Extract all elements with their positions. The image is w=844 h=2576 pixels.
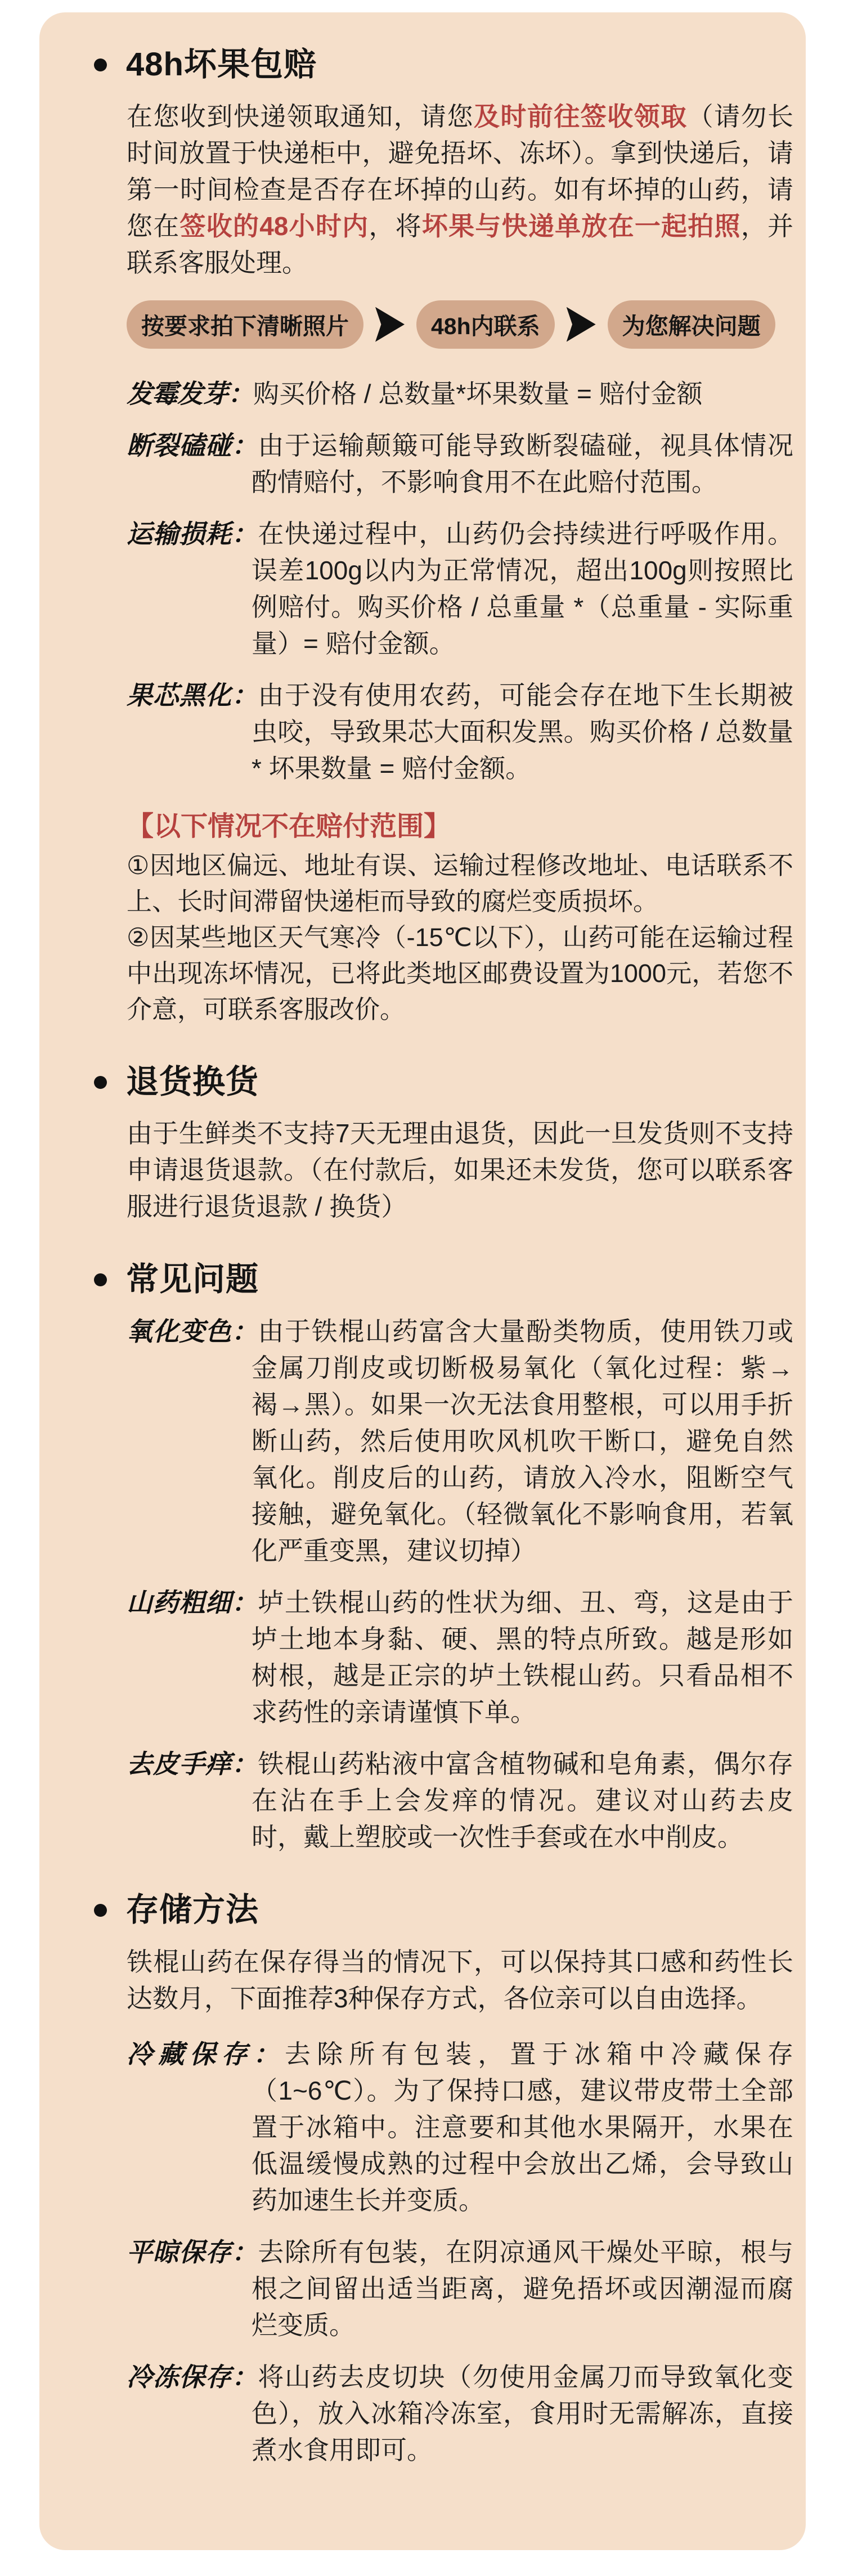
storage-item: 平晾保存：去除所有包装，在阴凉通风干燥处平晾，根与根之间留出适当距离，避免捂坏或… <box>127 2234 793 2344</box>
bullet-icon <box>94 1076 107 1089</box>
exclusion-item: ②因某些地区天气寒冷（-15℃以下），山药可能在运输过程中出现冻坏情况，已将此类… <box>127 920 793 1028</box>
section-damage-guarantee: 48h坏果包赔 在您收到快递领取通知，请您及时前往签收领取（请勿长时间放置于快递… <box>127 46 793 1028</box>
process-step-badge: 为您解决问题 <box>608 300 775 349</box>
claim-term: 断裂磕碰： <box>127 431 258 460</box>
faq-item: 氧化变色：由于铁棍山药富含大量酚类物质，使用铁刀或金属刀削皮或切断极易氧化（氧化… <box>127 1313 793 1569</box>
claim-item: 断裂磕碰：由于运输颠簸可能导致断裂磕碰，视具体情况酌情赔付，不影响食用不在此赔付… <box>127 427 793 501</box>
storage-desc: 去除所有包装，在阴凉通风干燥处平晾，根与根之间留出适当距离，避免捂坏或因潮湿而腐… <box>252 2237 793 2340</box>
exclusion-item: ①因地区偏远、地址有误、运输过程修改地址、电话联系不上、长时间滞留快递柜而导致的… <box>127 848 793 920</box>
storage-desc: 将山药去皮切块（勿使用金属刀而导致氧化变色），放入冰箱冷冻室，食用时无需解冻，直… <box>252 2362 793 2465</box>
section-storage: 存储方法 铁棍山药在保存得当的情况下，可以保持其口感和药性长达数月，下面推荐3种… <box>127 1892 793 2469</box>
faq-item: 去皮手痒：铁棍山药粘液中富含植物碱和皂角素，偶尔存在沾在手上会发痒的情况。建议对… <box>127 1746 793 1856</box>
emphasis-text: 签收的48小时内 <box>180 211 369 241</box>
storage-term: 平晾保存： <box>127 2237 258 2267</box>
storage-term: 冷藏保存： <box>127 2039 285 2069</box>
section-title: 存储方法 <box>126 1892 259 1929</box>
damage-guarantee-paragraph: 在您收到快递领取通知，请您及时前往签收领取（请勿长时间放置于快递柜中，避免捂坏、… <box>127 98 793 281</box>
storage-item: 冷冻保存：将山药去皮切块（勿使用金属刀而导致氧化变色），放入冰箱冷冻室，食用时无… <box>127 2359 793 2469</box>
claim-term: 运输损耗： <box>127 519 258 548</box>
process-step-badge: 按要求拍下清晰照片 <box>127 300 363 349</box>
claim-item: 果芯黑化：由于没有使用农药，可能会存在地下生长期被虫咬，导致果芯大面积发黑。购买… <box>127 677 793 787</box>
claim-desc: 由于运输颠簸可能导致断裂磕碰，视具体情况酌情赔付，不影响食用不在此赔付范围。 <box>252 431 793 497</box>
faq-desc: 铁棍山药粘液中富含植物碱和皂角素，偶尔存在沾在手上会发痒的情况。建议对山药去皮时… <box>252 1749 793 1852</box>
claim-term: 发霉发芽： <box>127 379 253 408</box>
faq-term: 去皮手痒： <box>127 1749 258 1778</box>
faq-desc: 垆土铁棍山药的性状为细、丑、弯，这是由于垆土地本身黏、硬、黑的特点所致。越是形如… <box>252 1588 793 1727</box>
section-faq: 常见问题 氧化变色：由于铁棍山药富含大量酚类物质，使用铁刀或金属刀削皮或切断极易… <box>127 1261 793 1856</box>
section-header: 48h坏果包赔 <box>94 46 793 84</box>
claim-desc: 购买价格 / 总数量*坏果数量 = 赔付金额 <box>253 379 703 408</box>
claim-desc: 在快递过程中，山药仍会持续进行呼吸作用。误差100g以内为正常情况，超出100g… <box>252 519 793 658</box>
faq-desc: 由于铁棍山药富含大量酚类物质，使用铁刀或金属刀削皮或切断极易氧化（氧化过程：紫→… <box>252 1317 793 1565</box>
section-returns: 退货换货 由于生鲜类不支持7天无理由退货，因此一旦发货则不支持申请退货退款。（在… <box>127 1064 793 1226</box>
section-title: 退货换货 <box>126 1064 259 1101</box>
section-title: 常见问题 <box>126 1261 259 1299</box>
exclusion-title: 【以下情况不在赔付范围】 <box>127 809 793 844</box>
bullet-icon <box>94 58 107 71</box>
claim-item: 发霉发芽：购买价格 / 总数量*坏果数量 = 赔付金额 <box>127 376 793 412</box>
returns-paragraph: 由于生鲜类不支持7天无理由退货，因此一旦发货则不支持申请退货退款。（在付款后，如… <box>127 1115 793 1225</box>
bullet-icon <box>94 1904 107 1917</box>
section-header: 存储方法 <box>94 1892 793 1929</box>
faq-term: 氧化变色： <box>127 1317 258 1346</box>
faq-item: 山药粗细：垆土铁棍山药的性状为细、丑、弯，这是由于垆土地本身黏、硬、黑的特点所致… <box>127 1584 793 1731</box>
storage-intro: 铁棍山药在保存得当的情况下，可以保持其口感和药性长达数月，下面推荐3种保存方式，… <box>127 1944 793 2017</box>
bullet-icon <box>94 1273 107 1286</box>
claim-process-row: 按要求拍下清晰照片 48h内联系 为您解决问题 <box>127 300 793 349</box>
arrow-right-icon <box>567 307 596 342</box>
claim-item: 运输损耗：在快递过程中，山药仍会持续进行呼吸作用。误差100g以内为正常情况，超… <box>127 516 793 662</box>
section-header: 常见问题 <box>94 1261 793 1299</box>
policy-card: 48h坏果包赔 在您收到快递领取通知，请您及时前往签收领取（请勿长时间放置于快递… <box>39 12 806 2550</box>
section-title: 48h坏果包赔 <box>126 46 317 84</box>
claim-desc: 由于没有使用农药，可能会存在地下生长期被虫咬，导致果芯大面积发黑。购买价格 / … <box>252 681 793 783</box>
paragraph-segment: ，将 <box>369 211 422 241</box>
emphasis-text: 坏果与快递单放在一起拍照 <box>422 211 741 241</box>
emphasis-text: 及时前往签收领取 <box>474 102 688 131</box>
arrow-right-icon <box>375 307 405 342</box>
faq-term: 山药粗细： <box>127 1588 258 1617</box>
storage-term: 冷冻保存： <box>127 2362 258 2392</box>
claim-term: 果芯黑化： <box>127 681 258 710</box>
paragraph-segment: 在您收到快递领取通知，请您 <box>127 102 474 131</box>
section-header: 退货换货 <box>94 1064 793 1101</box>
process-step-badge: 48h内联系 <box>416 300 555 349</box>
storage-item: 冷藏保存：去除所有包装，置于冰箱中冷藏保存（1~6℃）。为了保持口感，建议带皮带… <box>127 2036 793 2219</box>
storage-desc: 去除所有包装，置于冰箱中冷藏保存（1~6℃）。为了保持口感，建议带皮带土全部置于… <box>252 2039 793 2215</box>
